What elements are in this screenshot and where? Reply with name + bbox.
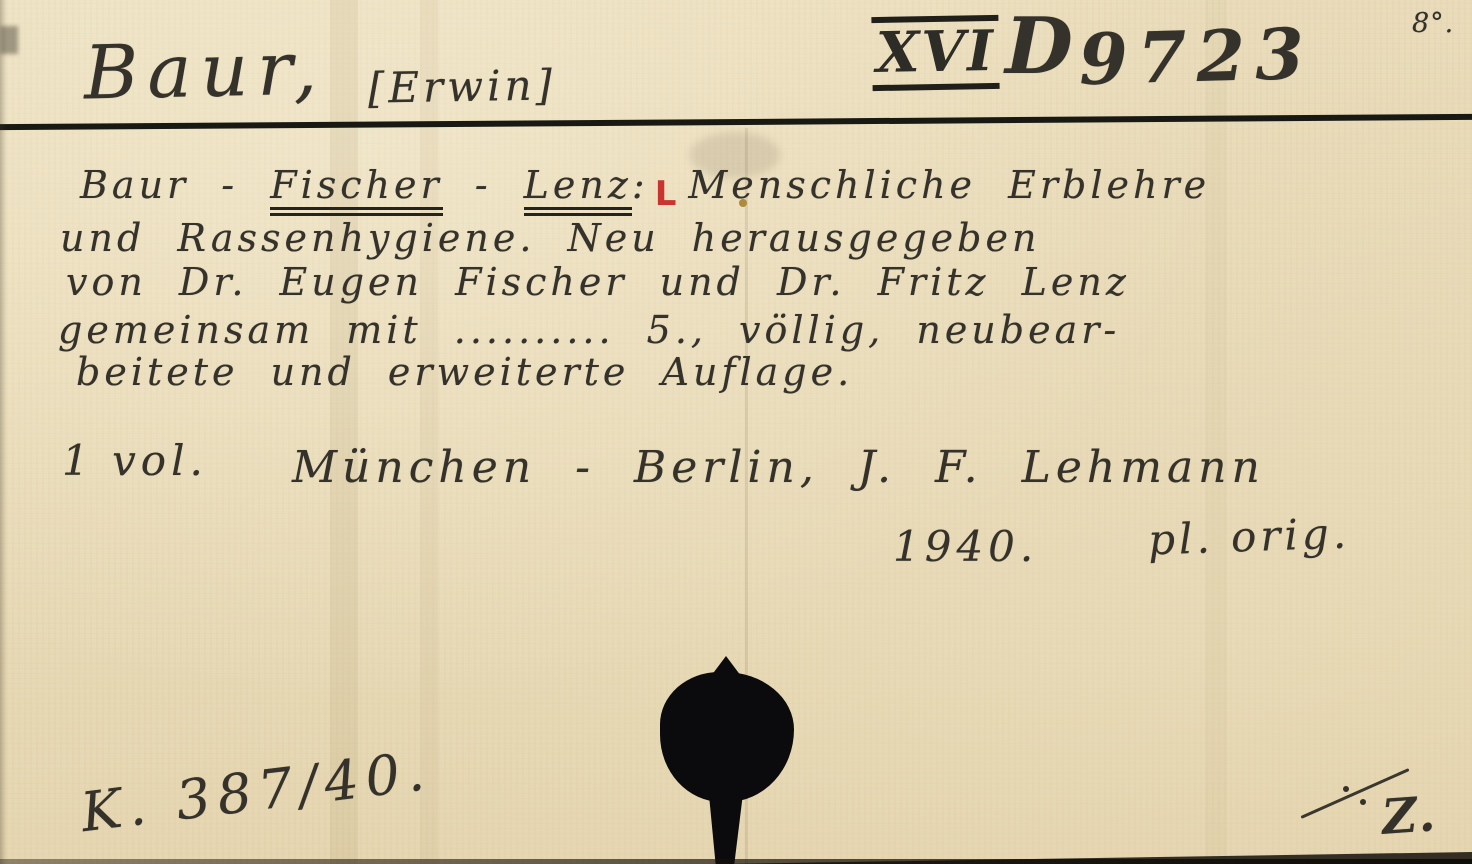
paper-streak	[420, 0, 438, 864]
title-author3-underlined: Lenz	[524, 163, 632, 216]
publication-year: 1940.	[893, 522, 1038, 571]
call-number: XVI D 9723	[872, 16, 1314, 92]
librarian-initial: Z.	[1380, 786, 1439, 846]
catalog-card: Baur, [Erwin] XVI D 9723 8°. Baur - Fisc…	[0, 0, 1472, 864]
title-line-3: von Dr. Eugen Fischer und Dr. Fritz Lenz	[66, 260, 1130, 304]
author-heading: Baur,	[83, 25, 327, 116]
card-left-edge-shadow	[0, 0, 7, 864]
strike-mark-dot	[1343, 786, 1349, 792]
title-line-1: Baur - Fischer - Lenz:LMenschliche Erble…	[80, 163, 1210, 207]
card-bottom-edge-shadow	[0, 859, 1472, 864]
title-author1: Baur -	[80, 163, 270, 207]
paper-streak	[1205, 0, 1227, 864]
accession-number: K. 387/40.	[77, 739, 434, 844]
title-author2-underlined: Fischer	[270, 163, 442, 216]
paper-streak	[330, 0, 358, 864]
place-publisher: München - Berlin, J. F. Lehmann	[292, 442, 1265, 493]
extent-volumes: 1 vol.	[62, 436, 208, 485]
ruled-line	[0, 114, 1472, 130]
call-number-digits: 9723	[1078, 19, 1315, 95]
title-line-2: und Rassenhygiene. Neu herausgegeben	[60, 216, 1040, 260]
hole-punch	[660, 672, 794, 802]
title-line1-rest: Menschliche Erblehre	[688, 163, 1210, 207]
title-line-5: beitete und erweiterte Auflage.	[76, 350, 853, 394]
strike-mark-dot	[1360, 799, 1366, 805]
title-line-4: gemeinsam mit .......... 5., völlig, neu…	[58, 308, 1120, 352]
call-number-letter: D	[1005, 12, 1073, 82]
call-number-series: XVI	[871, 15, 999, 91]
title-colon: :	[632, 163, 649, 207]
binding-note: pl. orig.	[1147, 508, 1351, 564]
gold-speck	[739, 199, 747, 207]
format-mark-octavo: 8°.	[1412, 8, 1454, 39]
red-letter-mark: L	[655, 174, 681, 214]
title-dash: -	[443, 163, 524, 207]
author-heading-qualifier: [Erwin]	[368, 60, 557, 112]
